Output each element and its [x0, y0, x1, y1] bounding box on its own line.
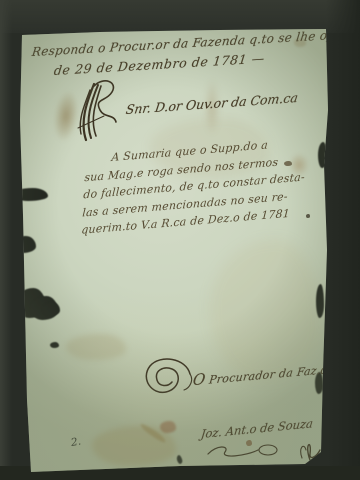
stain	[92, 426, 176, 466]
signature-flourish	[206, 440, 326, 462]
manuscript-page: Responda o Procur.or da Fazenda q.to se …	[0, 0, 360, 480]
scan-background-top	[0, 0, 360, 33]
stain	[50, 89, 81, 144]
stain	[306, 214, 310, 218]
stain	[246, 440, 252, 446]
stain	[139, 422, 167, 444]
body-paragraph: A Sumaria que o Supp.do a sua Mag.e roga…	[81, 133, 308, 239]
page-number-mark: 2.	[70, 436, 82, 449]
stain	[160, 421, 176, 433]
manuscript-scan: Responda o Procur.or da Fazenda q.to se …	[0, 0, 360, 480]
ink-blotch	[42, 302, 60, 316]
stain	[210, 240, 320, 380]
ink-blotch	[50, 342, 59, 348]
ink-tick-mark	[176, 455, 183, 465]
edge-tear	[316, 284, 324, 318]
stain	[66, 334, 126, 360]
closing-capital-flourish	[140, 352, 198, 404]
scan-background-right	[326, 0, 360, 480]
edge-tear	[12, 236, 36, 253]
salutation-line: Snr. D.or Ouv.or da Com.ca	[125, 90, 299, 117]
scan-background-left	[0, 0, 12, 480]
rubric-flourish	[60, 76, 122, 144]
edge-tear	[12, 188, 48, 201]
signature-line: Joz. Ant.o de Souza	[200, 416, 314, 441]
